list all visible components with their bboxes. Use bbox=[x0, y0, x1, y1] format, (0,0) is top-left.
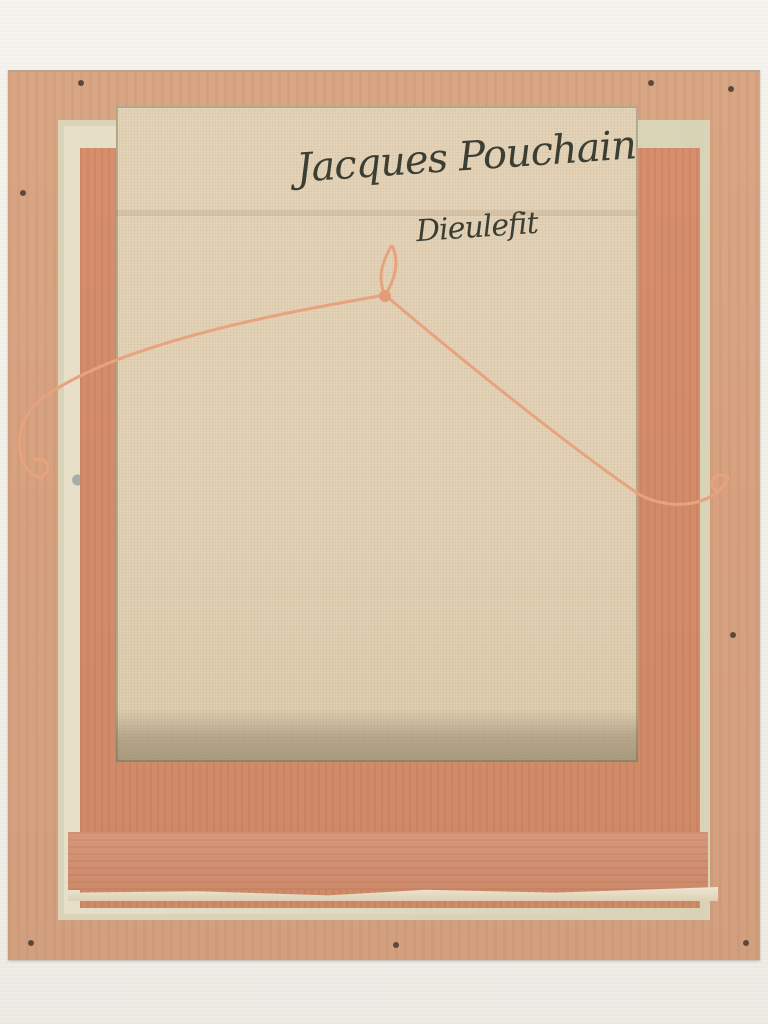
nail-icon bbox=[728, 86, 734, 92]
nail-icon bbox=[730, 632, 736, 638]
stretcher-shadow-stain bbox=[116, 210, 638, 216]
inner-stretcher-bottom-bar bbox=[68, 832, 708, 890]
nail-icon bbox=[28, 940, 34, 946]
nail-icon bbox=[648, 80, 654, 86]
nail-icon bbox=[743, 940, 749, 946]
nail-icon bbox=[20, 190, 26, 196]
nail-icon bbox=[78, 80, 84, 86]
artist-signature: Jacques Pouchain bbox=[295, 122, 638, 192]
canvas-back: Jacques Pouchain Dieulefit bbox=[116, 106, 638, 762]
nail-icon bbox=[393, 942, 399, 948]
location-inscription: Dieulefit bbox=[415, 206, 539, 249]
